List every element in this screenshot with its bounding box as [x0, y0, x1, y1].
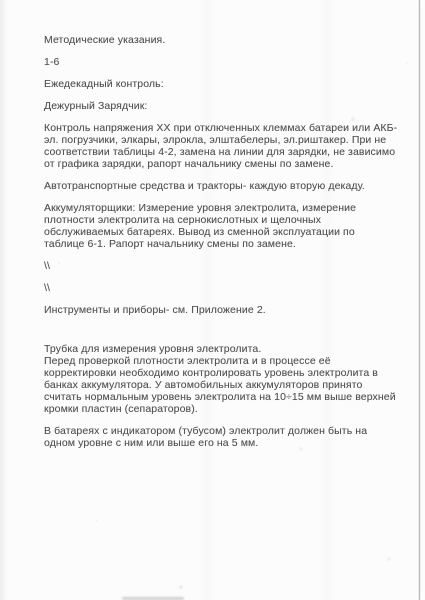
line-page-ref: 1-6 — [44, 56, 398, 68]
mark-backslashes-2: \\ — [44, 282, 398, 294]
para-electrolyte-level-tube: Трубка для измерения уровня электролита.… — [44, 343, 398, 415]
document-text-block: Методические указания. 1-6 Ежедекадный к… — [44, 34, 398, 459]
para-voltage-control: Контроль напряжения ХХ при отключенных к… — [44, 122, 398, 170]
paper-noise-specks — [0, 0, 2, 2]
line-doc-title: Методические указания. — [44, 34, 398, 46]
para-vehicles-tractors: Автотранспортные средства и тракторы- ка… — [44, 180, 398, 192]
para-indicator-batteries: В батареях с индикатором (тубусом) элект… — [44, 425, 398, 449]
mark-backslashes-1: \\ — [44, 260, 398, 272]
para-accumulator-workers: Аккумуляторщики: Измерение уровня электр… — [44, 202, 398, 250]
scanned-document-page: Методические указания. 1-6 Ежедекадный к… — [0, 0, 425, 600]
heading-decade-control: Ежедекадный контроль: — [44, 78, 398, 90]
scan-right-edge-line — [419, 0, 421, 600]
scan-left-edge-shading — [0, 0, 8, 600]
line-instruments-reference: Инструменты и приборы- см. Приложение 2. — [44, 304, 398, 316]
heading-duty-charger: Дежурный Зарядчик: — [44, 100, 398, 112]
